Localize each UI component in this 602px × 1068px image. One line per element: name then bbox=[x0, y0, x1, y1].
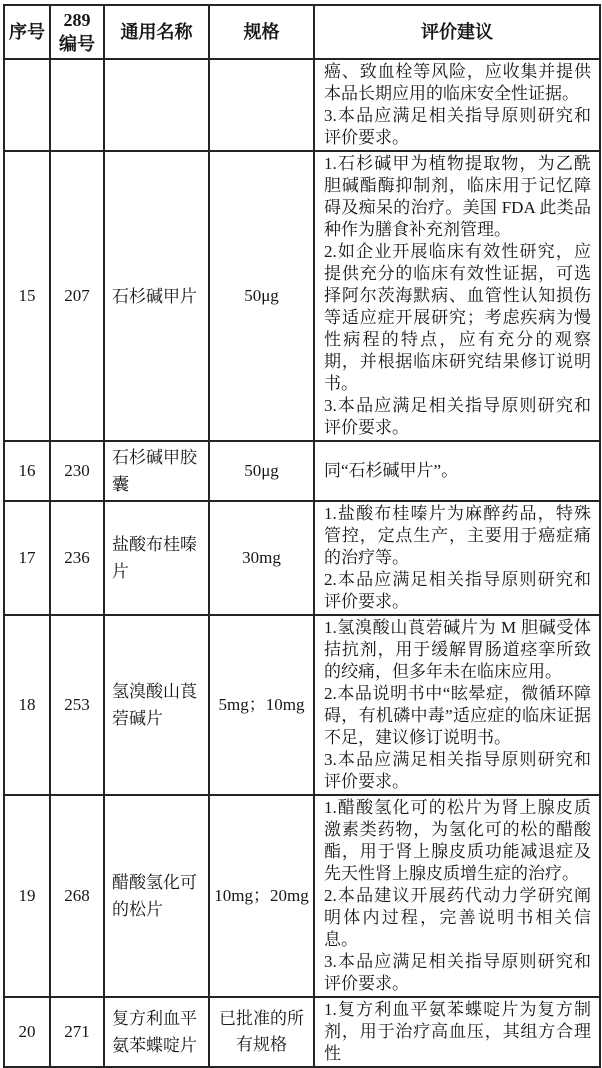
table-row-continuation: 癌、致血栓等风险，应收集并提供本品长期应用的临床安全性证据。 3.本品应满足相关… bbox=[4, 59, 600, 151]
header-serial: 序号 bbox=[4, 5, 50, 59]
advice-paragraph: 3.本品应满足相关指导原则研究和评价要求。 bbox=[324, 395, 591, 439]
cell-code: 253 bbox=[50, 615, 104, 795]
advice-paragraph: 1.氢溴酸山莨菪碱片为 M 胆碱受体拮抗剂，用于缓解胃肠道痉挛所致的绞痛，但多年… bbox=[324, 617, 591, 683]
table-row-15: 15 207 石杉碱甲片 50μg 1.石杉碱甲为植物提取物，为乙酰胆碱酯酶抑制… bbox=[4, 151, 600, 441]
cell-spec: 50μg bbox=[209, 441, 314, 501]
cell-spec: 5mg；10mg bbox=[209, 615, 314, 795]
cell-serial bbox=[4, 59, 50, 151]
cell-name: 醋酸氢化可的松片 bbox=[104, 795, 209, 983]
header-row: 序号 289编号 通用名称 规格 评价建议 bbox=[4, 5, 600, 59]
table-row-19: 19 268 醋酸氢化可的松片 10mg；20mg 1.醋酸氢化可的松片为肾上腺… bbox=[4, 795, 600, 983]
advice-paragraph: 3.本品应满足相关指导原则研究和评价要求。 bbox=[324, 749, 591, 793]
cell-serial: 19 bbox=[4, 795, 50, 983]
table-row-18: 18 253 氢溴酸山莨菪碱片 5mg；10mg 1.氢溴酸山莨菪碱片为 M 胆… bbox=[4, 615, 600, 795]
cell-code: 268 bbox=[50, 795, 104, 983]
cell-code: 230 bbox=[50, 441, 104, 501]
cell-advice: 1.盐酸布桂嗪片为麻醉药品，特殊管控，定点生产，主要用于癌症痛的治疗等。 2.本… bbox=[314, 501, 600, 615]
cell-name: 石杉碱甲胶囊 bbox=[104, 441, 209, 501]
cell-name: 石杉碱甲片 bbox=[104, 151, 209, 441]
cell-spec: 30mg bbox=[209, 501, 314, 615]
table-row-17: 17 236 盐酸布桂嗪片 30mg 1.盐酸布桂嗪片为麻醉药品，特殊管控，定点… bbox=[4, 501, 600, 615]
advice-paragraph: 同“石杉碱甲片”。 bbox=[324, 460, 591, 482]
cell-spec: 10mg；20mg bbox=[209, 795, 314, 983]
cell-advice: 同“石杉碱甲片”。 bbox=[314, 441, 600, 501]
advice-paragraph: 2.本品说明书中“眩晕症，微循环障碍，有机磷中毒”适应症的临床证据不足，建议修订… bbox=[324, 683, 591, 749]
cell-spec: 50μg bbox=[209, 151, 314, 441]
advice-paragraph: 3.本品应满足相关指导原则研究和评价要求。 bbox=[324, 105, 591, 149]
cell-advice: 1.石杉碱甲为植物提取物，为乙酰胆碱酯酶抑制剂，临床用于记忆障碍及痴呆的治疗。美… bbox=[314, 151, 600, 441]
cell-serial: 17 bbox=[4, 501, 50, 615]
advice-paragraph: 1.石杉碱甲为植物提取物，为乙酰胆碱酯酶抑制剂，临床用于记忆障碍及痴呆的治疗。美… bbox=[324, 153, 591, 241]
cell-code: 236 bbox=[50, 501, 104, 615]
cell-advice: 1.醋酸氢化可的松片为肾上腺皮质激素类药物，为氢化可的松的醋酸酯，用于肾上腺皮质… bbox=[314, 795, 600, 983]
cell-name bbox=[104, 59, 209, 151]
cell-code: 207 bbox=[50, 151, 104, 441]
cell-spec bbox=[209, 59, 314, 151]
advice-paragraph: 癌、致血栓等风险，应收集并提供本品长期应用的临床安全性证据。 bbox=[324, 61, 591, 105]
drug-evaluation-table: 序号 289编号 通用名称 规格 评价建议 癌、致血栓等风险，应收集并提供本品长… bbox=[3, 4, 601, 983]
advice-paragraph: 2.本品应满足相关指导原则研究和评价要求。 bbox=[324, 569, 591, 613]
cell-name: 盐酸布桂嗪片 bbox=[104, 501, 209, 615]
cell-advice: 癌、致血栓等风险，应收集并提供本品长期应用的临床安全性证据。 3.本品应满足相关… bbox=[314, 59, 600, 151]
header-advice: 评价建议 bbox=[314, 5, 600, 59]
cell-name: 氢溴酸山莨菪碱片 bbox=[104, 615, 209, 795]
advice-paragraph: 2.如企业开展临床有效性研究，应提供充分的临床有效性证据，可选择阿尔茨海默病、血… bbox=[324, 241, 591, 395]
advice-paragraph: 1.醋酸氢化可的松片为肾上腺皮质激素类药物，为氢化可的松的醋酸酯，用于肾上腺皮质… bbox=[324, 797, 591, 885]
advice-paragraph: 2.本品建议开展药代动力学研究阐明体内过程，完善说明书相关信息。 bbox=[324, 885, 591, 951]
cell-serial: 16 bbox=[4, 441, 50, 501]
cell-serial: 15 bbox=[4, 151, 50, 441]
header-name: 通用名称 bbox=[104, 5, 209, 59]
header-spec: 规格 bbox=[209, 5, 314, 59]
cell-serial: 18 bbox=[4, 615, 50, 795]
cell-code bbox=[50, 59, 104, 151]
advice-paragraph: 1.盐酸布桂嗪片为麻醉药品，特殊管控，定点生产，主要用于癌症痛的治疗等。 bbox=[324, 503, 591, 569]
header-code: 289编号 bbox=[50, 5, 104, 59]
advice-paragraph: 3.本品应满足相关指导原则研究和评价要求。 bbox=[324, 951, 591, 983]
table-row-16: 16 230 石杉碱甲胶囊 50μg 同“石杉碱甲片”。 bbox=[4, 441, 600, 501]
cell-advice: 1.氢溴酸山莨菪碱片为 M 胆碱受体拮抗剂，用于缓解胃肠道痉挛所致的绞痛，但多年… bbox=[314, 615, 600, 795]
